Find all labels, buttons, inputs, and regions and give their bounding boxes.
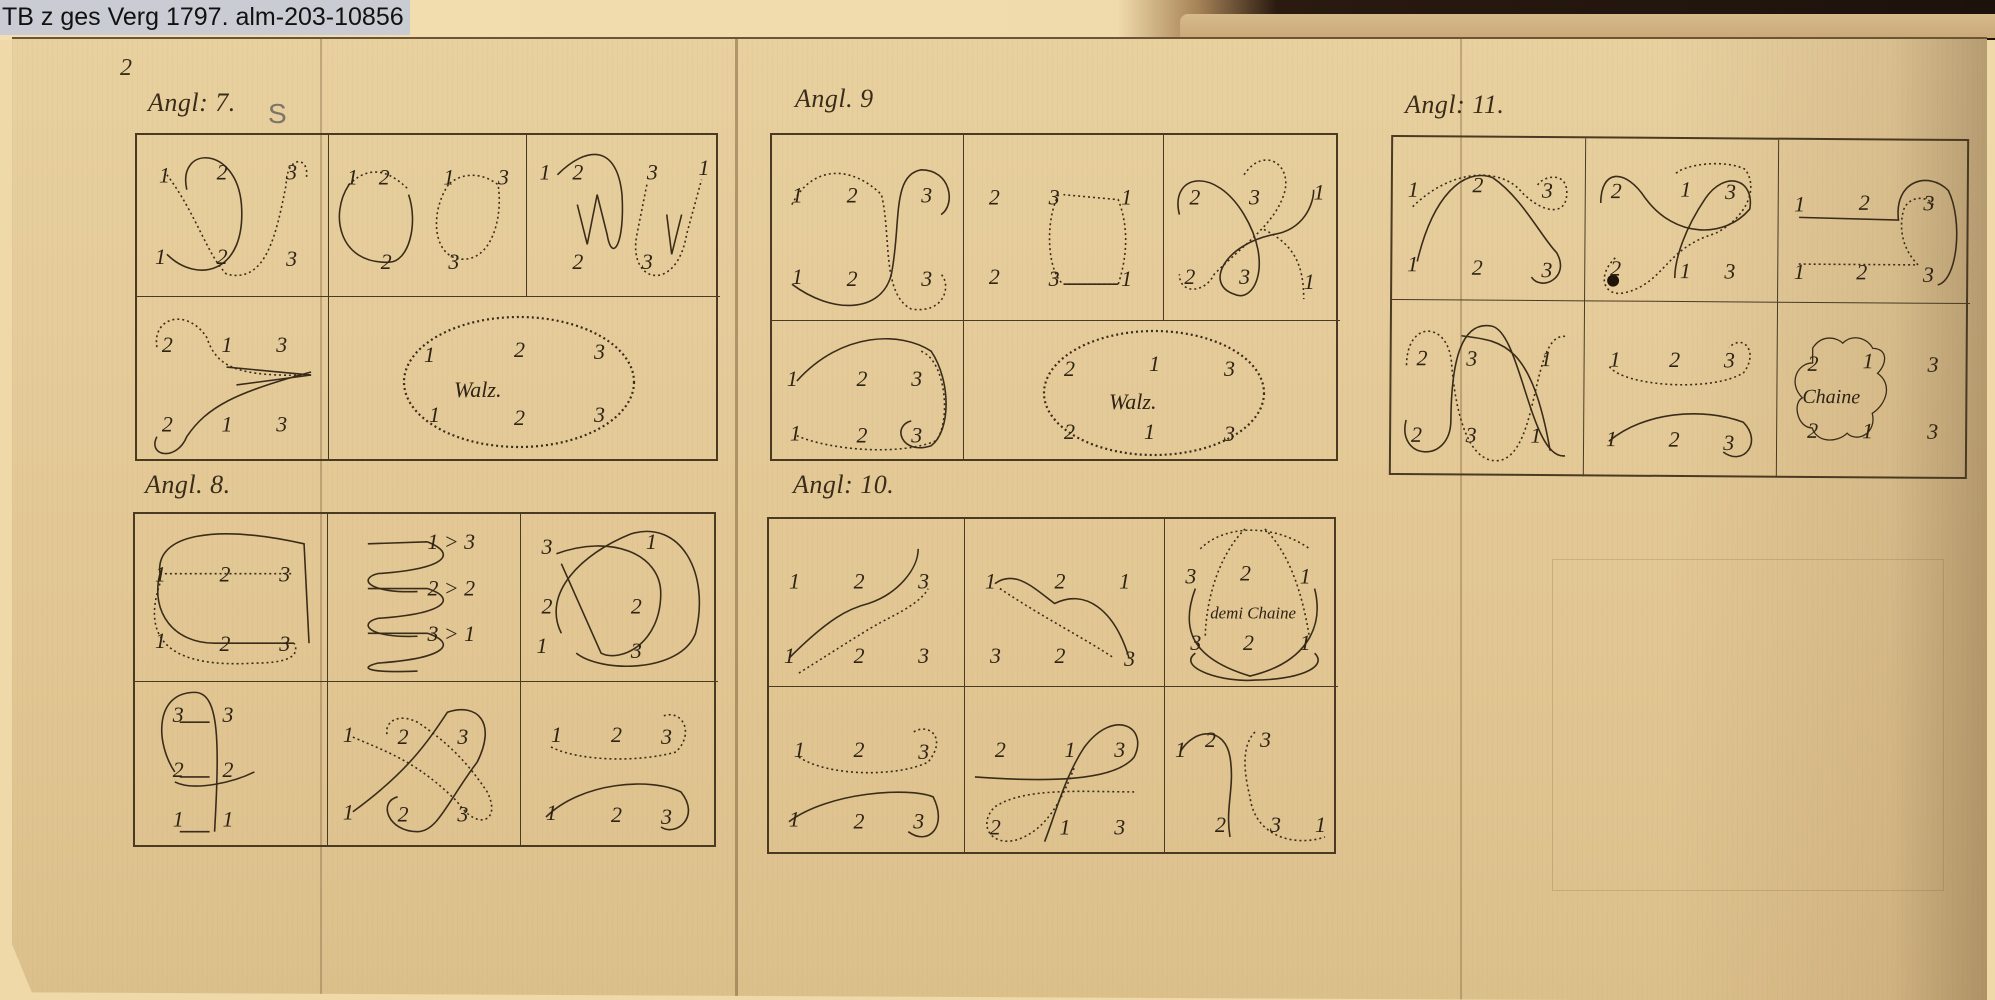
page-number: 2 bbox=[120, 55, 132, 82]
svg-text:2: 2 bbox=[847, 267, 858, 291]
svg-text:1: 1 bbox=[784, 644, 795, 668]
svg-text:2: 2 bbox=[1472, 256, 1483, 280]
figure-cell: 2 1 3 2 1 3 bbox=[137, 297, 329, 461]
svg-text:3: 3 bbox=[641, 250, 653, 274]
svg-text:3: 3 bbox=[912, 810, 924, 834]
svg-text:2: 2 bbox=[1416, 346, 1427, 370]
svg-text:2: 2 bbox=[173, 758, 184, 782]
show-through-grid bbox=[1552, 559, 1944, 891]
svg-text:3: 3 bbox=[660, 804, 672, 829]
svg-text:3: 3 bbox=[1223, 421, 1235, 446]
figure-cell: 1 2 3 1 2 3 bbox=[527, 135, 720, 297]
svg-text:2: 2 bbox=[1472, 173, 1483, 197]
svg-text:1: 1 bbox=[222, 333, 233, 357]
figure-cell: 1 2 3 1 2 3 bbox=[135, 514, 328, 682]
svg-text:1: 1 bbox=[551, 722, 562, 747]
figure-cell: 1 2 3 1 2 3 bbox=[772, 135, 964, 321]
figure-cell: 2 1 3 2 1 3 bbox=[965, 687, 1165, 854]
svg-text:3: 3 bbox=[1248, 186, 1260, 210]
figure-cell: 1 2 1 3 2 3 bbox=[965, 519, 1165, 687]
svg-text:3: 3 bbox=[456, 803, 468, 827]
figure-cell: 2 3 1 2 3 1 bbox=[1164, 135, 1340, 321]
svg-text:1: 1 bbox=[1175, 737, 1186, 762]
svg-text:3: 3 bbox=[917, 570, 929, 594]
svg-text:1: 1 bbox=[1863, 348, 1874, 373]
svg-text:1: 1 bbox=[789, 808, 800, 832]
svg-text:2: 2 bbox=[381, 250, 392, 274]
figure-cell: 1 2 3 1 2 3 bbox=[137, 135, 329, 297]
svg-text:1: 1 bbox=[222, 413, 233, 437]
svg-text:1: 1 bbox=[1541, 347, 1552, 371]
svg-text:3: 3 bbox=[1540, 258, 1552, 282]
svg-text:2: 2 bbox=[1859, 191, 1870, 215]
svg-text:3: 3 bbox=[917, 644, 929, 668]
svg-text:3: 3 bbox=[1927, 352, 1939, 377]
svg-text:2: 2 bbox=[514, 405, 525, 430]
svg-text:2: 2 bbox=[1055, 644, 1066, 668]
svg-text:3: 3 bbox=[1465, 423, 1477, 447]
svg-text:2: 2 bbox=[854, 810, 865, 834]
figure-cell: 3 1 2 2 1 3 bbox=[521, 514, 718, 682]
svg-text:1: 1 bbox=[1060, 815, 1071, 840]
svg-text:1: 1 bbox=[792, 265, 803, 289]
svg-text:1: 1 bbox=[1149, 351, 1160, 376]
svg-text:1: 1 bbox=[1121, 267, 1132, 291]
figure-cell: 1 2 3 1 2 3 bbox=[769, 519, 965, 687]
figure-cell: 2 3 1 2 3 1 bbox=[1391, 300, 1585, 476]
svg-text:2: 2 bbox=[611, 802, 622, 827]
figure-cell-chaine: 2 1 3 2 1 3 Chaine bbox=[1777, 303, 1970, 479]
svg-text:3: 3 bbox=[630, 639, 642, 663]
svg-text:2: 2 bbox=[854, 738, 865, 762]
svg-text:1: 1 bbox=[223, 808, 234, 832]
svg-text:3: 3 bbox=[456, 725, 468, 749]
figure-cell-walz: 1 2 3 1 2 3 Walz. bbox=[329, 297, 720, 461]
svg-text:1: 1 bbox=[343, 801, 354, 825]
svg-text:3: 3 bbox=[1184, 565, 1196, 589]
svg-text:3: 3 bbox=[278, 563, 290, 587]
figure-grid-angl10: 1 2 3 1 2 3 1 2 1 3 2 3 3 2 1 bbox=[767, 517, 1336, 854]
svg-text:2: 2 bbox=[541, 594, 552, 618]
svg-text:2: 2 bbox=[379, 166, 390, 190]
svg-text:1: 1 bbox=[343, 723, 354, 747]
figure-cell: 1 2 3 1 2 3 bbox=[329, 135, 527, 297]
svg-text:2: 2 bbox=[990, 815, 1001, 840]
svg-text:1: 1 bbox=[1794, 192, 1805, 216]
svg-text:3: 3 bbox=[1722, 431, 1734, 455]
svg-text:3: 3 bbox=[1269, 812, 1281, 837]
figure-cell: 1 2 3 1 2 3 bbox=[521, 682, 718, 847]
svg-text:2: 2 bbox=[847, 184, 858, 208]
figure-cell: 1 2 3 1 2 3 bbox=[769, 687, 965, 854]
svg-text:1: 1 bbox=[1144, 419, 1155, 444]
svg-text:3: 3 bbox=[222, 703, 234, 727]
svg-text:2: 2 bbox=[572, 250, 583, 274]
svg-text:2: 2 bbox=[220, 632, 231, 656]
svg-text:1: 1 bbox=[794, 738, 805, 762]
svg-text:3: 3 bbox=[1926, 419, 1938, 444]
svg-text:1: 1 bbox=[1119, 570, 1130, 594]
svg-text:2: 2 bbox=[1189, 186, 1200, 210]
svg-text:3: 3 bbox=[285, 247, 297, 271]
svg-text:3: 3 bbox=[275, 413, 287, 437]
svg-text:3: 3 bbox=[278, 632, 290, 656]
svg-text:1: 1 bbox=[536, 634, 547, 658]
svg-text:2: 2 bbox=[857, 424, 868, 448]
svg-text:2: 2 bbox=[1669, 348, 1680, 372]
svg-text:3: 3 bbox=[497, 166, 509, 190]
svg-text:3: 3 bbox=[917, 740, 929, 764]
svg-text:3: 3 bbox=[1189, 631, 1201, 655]
figure-cell: 1 2 3 1 2 3 bbox=[328, 682, 521, 847]
center-fold bbox=[735, 39, 738, 1000]
svg-text:1: 1 bbox=[1300, 565, 1311, 589]
svg-text:2: 2 bbox=[223, 758, 234, 782]
svg-text:1: 1 bbox=[1530, 424, 1541, 448]
svg-text:2: 2 bbox=[1808, 351, 1819, 376]
svg-text:2: 2 bbox=[217, 245, 228, 269]
svg-text:3: 3 bbox=[1922, 191, 1934, 215]
svg-text:1: 1 bbox=[1315, 812, 1326, 837]
svg-text:Chaine: Chaine bbox=[1802, 386, 1860, 408]
svg-text:3: 3 bbox=[920, 184, 932, 208]
figure-cell: 1 2 3 1 2 3 bbox=[1584, 301, 1778, 477]
svg-text:1: 1 bbox=[155, 245, 166, 269]
svg-text:3: 3 bbox=[1723, 348, 1735, 372]
figure-title-angl9: Angl. 9 bbox=[795, 84, 874, 114]
svg-text:2: 2 bbox=[1856, 260, 1867, 284]
svg-text:3: 3 bbox=[1259, 727, 1271, 752]
svg-text:2: 2 bbox=[854, 644, 865, 668]
svg-text:2: 2 bbox=[398, 803, 409, 827]
svg-text:2: 2 bbox=[514, 337, 525, 362]
svg-text:1: 1 bbox=[1304, 270, 1315, 294]
svg-text:3: 3 bbox=[660, 724, 672, 749]
book-edge bbox=[1180, 14, 1995, 38]
svg-text:1: 1 bbox=[429, 402, 440, 427]
svg-text:2: 2 bbox=[220, 563, 231, 587]
figure-grid-angl7: 1 2 3 1 2 3 1 2 3 1 2 3 1 2 3 1 bbox=[135, 133, 718, 461]
svg-text:2: 2 bbox=[1215, 812, 1226, 837]
figure-grid-angl8: 1 2 3 1 2 3 1 > 3 2 > 2 3 > 1 3 1 2 2 1 … bbox=[133, 512, 716, 847]
svg-text:2: 2 bbox=[1807, 418, 1818, 443]
svg-text:1: 1 bbox=[443, 166, 454, 190]
svg-text:2: 2 bbox=[1064, 419, 1075, 444]
svg-text:1: 1 bbox=[1121, 186, 1132, 210]
svg-text:3: 3 bbox=[1113, 815, 1125, 840]
svg-text:3: 3 bbox=[1048, 186, 1060, 210]
svg-text:3: 3 bbox=[540, 535, 552, 559]
svg-text:2 > 2: 2 > 2 bbox=[427, 577, 475, 601]
svg-text:3: 3 bbox=[593, 339, 605, 364]
image-caption: TB z ges Verg 1797. alm-203-10856 bbox=[0, 0, 410, 35]
svg-text:3: 3 bbox=[910, 367, 922, 391]
svg-text:3: 3 bbox=[1724, 180, 1736, 204]
svg-text:3 > 1: 3 > 1 bbox=[426, 622, 475, 646]
figure-cell-walz: 2 1 3 2 1 3 Walz. bbox=[964, 321, 1340, 461]
svg-text:3: 3 bbox=[1113, 737, 1125, 762]
svg-text:2: 2 bbox=[857, 367, 868, 391]
svg-text:1: 1 bbox=[1680, 259, 1691, 283]
svg-text:3: 3 bbox=[593, 402, 605, 427]
svg-text:1: 1 bbox=[347, 166, 358, 190]
svg-text:1: 1 bbox=[1314, 181, 1325, 205]
figure-grid-angl11: 1 2 3 1 2 3 2 1 3 2 1 3 1 2 3 1 2 bbox=[1389, 135, 1969, 479]
svg-text:3: 3 bbox=[1238, 265, 1250, 289]
svg-text:2: 2 bbox=[162, 413, 173, 437]
svg-text:2: 2 bbox=[995, 737, 1006, 762]
svg-text:1: 1 bbox=[173, 808, 184, 832]
svg-text:3: 3 bbox=[1123, 647, 1135, 671]
svg-text:2: 2 bbox=[1205, 727, 1216, 752]
svg-text:1: 1 bbox=[1065, 737, 1076, 762]
svg-text:2: 2 bbox=[162, 333, 173, 357]
svg-text:2: 2 bbox=[989, 265, 1000, 289]
svg-text:2: 2 bbox=[989, 186, 1000, 210]
svg-text:2: 2 bbox=[631, 594, 642, 618]
figure-title-angl10: Angl: 10. bbox=[793, 470, 894, 500]
svg-text:3: 3 bbox=[285, 161, 297, 185]
figure-cell: 3 3 2 2 1 1 bbox=[135, 682, 328, 847]
svg-text:1: 1 bbox=[790, 422, 801, 446]
svg-text:1: 1 bbox=[1407, 252, 1418, 276]
svg-text:3: 3 bbox=[1922, 263, 1934, 287]
svg-text:1 > 3: 1 > 3 bbox=[427, 530, 475, 554]
figure-cell: 1 2 3 2 3 1 bbox=[1165, 687, 1338, 854]
svg-text:1: 1 bbox=[646, 530, 657, 554]
svg-text:2: 2 bbox=[1184, 265, 1195, 289]
svg-text:1: 1 bbox=[787, 367, 798, 391]
figure-cell: 2 3 1 2 3 1 bbox=[964, 135, 1164, 321]
svg-text:2: 2 bbox=[572, 161, 583, 185]
svg-text:1: 1 bbox=[699, 156, 710, 180]
svg-text:3: 3 bbox=[1541, 179, 1553, 203]
svg-text:3: 3 bbox=[1465, 347, 1477, 371]
svg-text:3: 3 bbox=[646, 161, 658, 185]
svg-text:1: 1 bbox=[1680, 178, 1691, 202]
svg-text:1: 1 bbox=[159, 164, 170, 188]
svg-text:3: 3 bbox=[275, 333, 287, 357]
svg-text:1: 1 bbox=[1408, 178, 1419, 202]
svg-text:Walz.: Walz. bbox=[1109, 389, 1156, 414]
svg-text:2: 2 bbox=[854, 570, 865, 594]
svg-text:2: 2 bbox=[611, 722, 622, 747]
svg-text:2: 2 bbox=[1240, 562, 1251, 586]
svg-text:demi Chaine: demi Chaine bbox=[1210, 603, 1296, 622]
svg-text:3: 3 bbox=[1723, 259, 1735, 283]
svg-text:3: 3 bbox=[920, 267, 932, 291]
svg-text:2: 2 bbox=[1055, 570, 1066, 594]
svg-text:3: 3 bbox=[910, 424, 922, 448]
figure-cell: 1 2 3 1 2 3 bbox=[1392, 137, 1586, 301]
svg-text:2: 2 bbox=[1411, 423, 1422, 447]
svg-text:1: 1 bbox=[424, 342, 435, 367]
figure-cell: 2 1 3 2 1 3 bbox=[1585, 138, 1779, 302]
figure-grid-angl9: 1 2 3 1 2 3 2 3 1 2 3 1 2 3 1 2 3 bbox=[770, 133, 1338, 461]
svg-text:1: 1 bbox=[1606, 427, 1617, 451]
figure-title-angl11: Angl: 11. bbox=[1405, 90, 1504, 120]
figure-title-angl7: Angl: 7. bbox=[148, 88, 236, 118]
figure-cell: 1 2 3 1 2 3 bbox=[772, 321, 964, 461]
svg-text:3: 3 bbox=[1223, 356, 1235, 381]
svg-text:2: 2 bbox=[1611, 179, 1622, 203]
svg-text:3: 3 bbox=[447, 250, 459, 274]
svg-text:1: 1 bbox=[792, 184, 803, 208]
svg-text:2: 2 bbox=[1243, 631, 1254, 655]
svg-text:1: 1 bbox=[1300, 631, 1311, 655]
svg-text:1: 1 bbox=[1862, 418, 1873, 443]
svg-text:1: 1 bbox=[1609, 348, 1620, 372]
svg-text:3: 3 bbox=[172, 703, 184, 727]
svg-text:1: 1 bbox=[155, 563, 166, 587]
figure-title-angl8: Angl. 8. bbox=[145, 470, 231, 500]
svg-text:2: 2 bbox=[1610, 257, 1621, 281]
figure-cell: 1 > 3 2 > 2 3 > 1 bbox=[328, 514, 521, 682]
svg-text:2: 2 bbox=[1064, 356, 1075, 381]
svg-text:1: 1 bbox=[1794, 260, 1805, 284]
svg-text:3: 3 bbox=[989, 644, 1001, 668]
svg-text:1: 1 bbox=[985, 570, 996, 594]
svg-text:2: 2 bbox=[398, 725, 409, 749]
figure-cell: 1 2 3 1 2 3 bbox=[1778, 140, 1971, 304]
svg-text:Walz.: Walz. bbox=[454, 377, 501, 402]
figure-cell-demi-chaine: 3 2 1 3 2 1 demi Chaine bbox=[1165, 519, 1338, 687]
svg-text:1: 1 bbox=[546, 800, 557, 825]
svg-text:1: 1 bbox=[789, 570, 800, 594]
scan-mark: S bbox=[268, 98, 287, 130]
svg-text:1: 1 bbox=[540, 161, 551, 185]
svg-text:2: 2 bbox=[1669, 428, 1680, 452]
svg-text:2: 2 bbox=[217, 161, 228, 185]
svg-text:1: 1 bbox=[155, 629, 166, 653]
svg-text:3: 3 bbox=[1048, 267, 1060, 291]
